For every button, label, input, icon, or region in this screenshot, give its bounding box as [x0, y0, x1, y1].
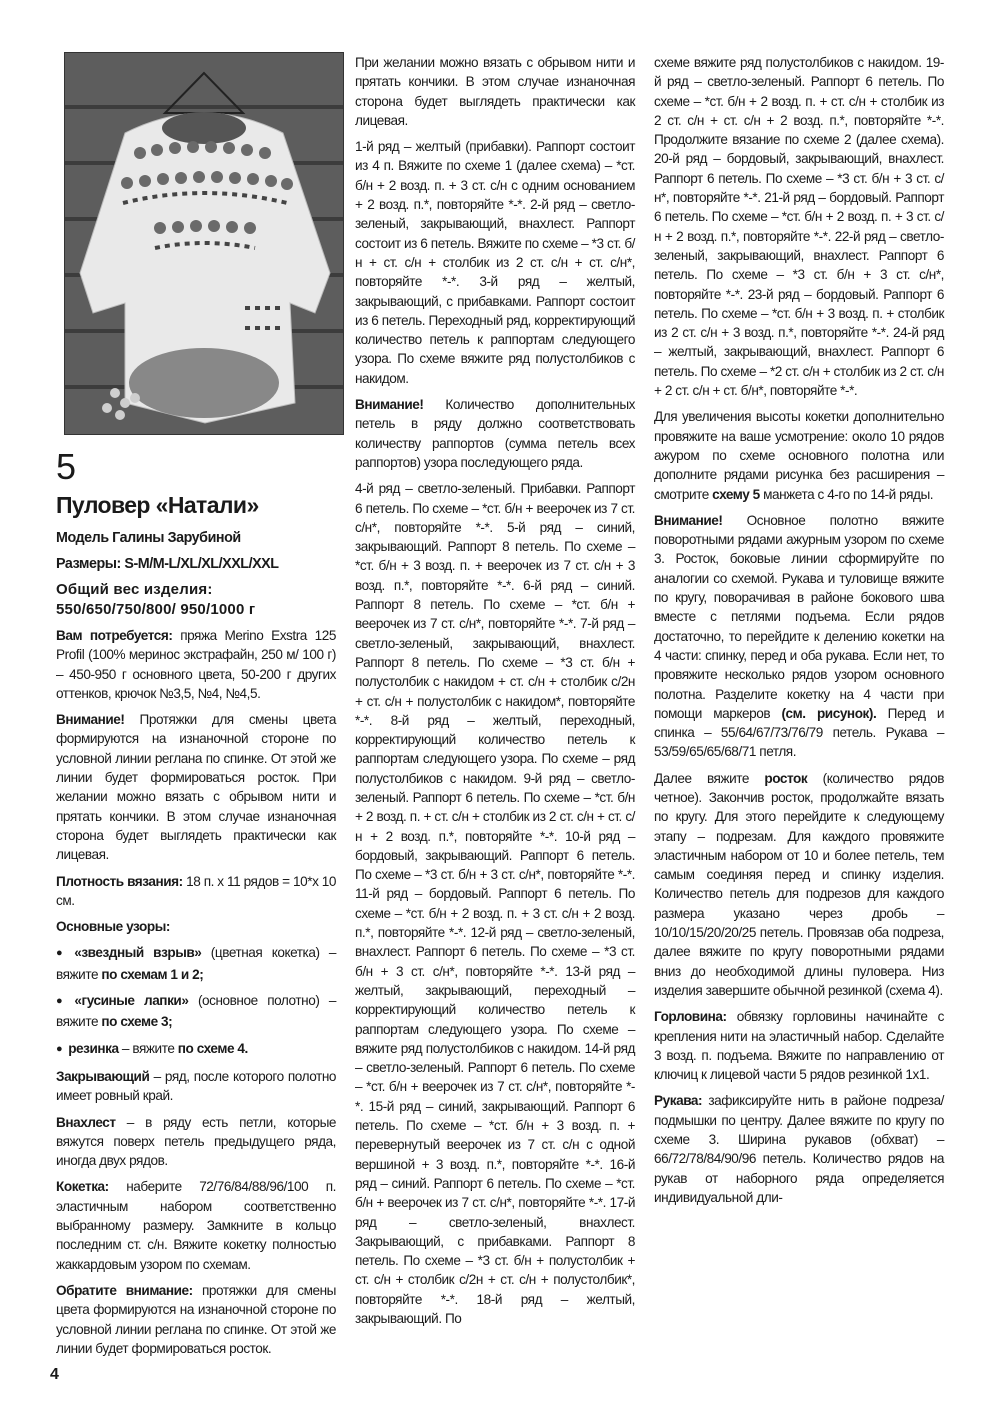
pattern-number: 5	[56, 448, 336, 486]
note-section: Обратите внимание: протяжки для смены цв…	[56, 1281, 336, 1358]
rows-4-18: 4-й ряд – светло-зеленый. Прибавки. Рапп…	[355, 479, 635, 1328]
yoke-height-note: Для увеличения высоты кокетки дополнител…	[654, 407, 944, 503]
designer: Модель Галины Зарубиной	[56, 528, 336, 548]
column-2: При желании можно вязать с обрывом нити …	[355, 53, 635, 1335]
body-section: Далее вяжите росток (количество рядов че…	[654, 769, 944, 1001]
pullover-photo	[64, 52, 344, 435]
term-overlap: Внахлест – в ряду есть петли, которые вя…	[56, 1113, 336, 1171]
sweater-illustration-icon	[65, 53, 343, 434]
attention-note: Внимание! Количество дополнительных пете…	[355, 395, 635, 472]
column-3: схеме вяжите ряд полустолбиков с накидом…	[654, 53, 944, 1214]
attention-note: Внимание! Основное полотно вяжите поворо…	[654, 511, 944, 762]
column-1: 5 Пуловер «Натали» Модель Галины Зарубин…	[56, 448, 336, 1365]
pattern-bullet-2: «гусиные лапки» (основное полотно) – вяж…	[56, 991, 336, 1032]
materials: Вам потребуется: пряжа Merino Exstra 125…	[56, 626, 336, 703]
pattern-bullet-3: резинка – вяжите по схеме 4.	[56, 1039, 336, 1060]
rows-1-3: 1-й ряд – желтый (прибавки). Раппорт сос…	[355, 137, 635, 388]
total-weight: Общий вес изделия: 550/650/750/800/ 950/…	[56, 580, 336, 620]
yoke-section: Кокетка: наберите 72/76/84/88/96/100 п. …	[56, 1177, 336, 1273]
sizes: Размеры: S-M/M-L/XL/XL/XXL/XXL	[56, 554, 336, 574]
sleeves-section: Рукава: зафиксируйте нить в районе подре…	[654, 1091, 944, 1207]
term-closing: Закрывающий – ряд, после которого полотн…	[56, 1067, 336, 1106]
rows-18-24: схеме вяжите ряд полустолбиков с накидом…	[654, 53, 944, 400]
pattern-bullet-1: «звездный взрыв» (цветная кокетка) – вяж…	[56, 943, 336, 984]
paragraph: При желании можно вязать с обрывом нити …	[355, 53, 635, 130]
gauge: Плотность вязания: 18 п. х 11 рядов = 10…	[56, 872, 336, 911]
pattern-title: Пуловер «Натали»	[56, 490, 336, 520]
patterns-heading: Основные узоры:	[56, 917, 336, 936]
attention-note: Внимание! Протяжки для смены цвета форми…	[56, 710, 336, 864]
materials-label: Вам потребуется:	[56, 628, 172, 643]
neckline-section: Горловина: обвязку горловины начинайте с…	[654, 1007, 944, 1084]
page-number: 4	[50, 1366, 59, 1384]
